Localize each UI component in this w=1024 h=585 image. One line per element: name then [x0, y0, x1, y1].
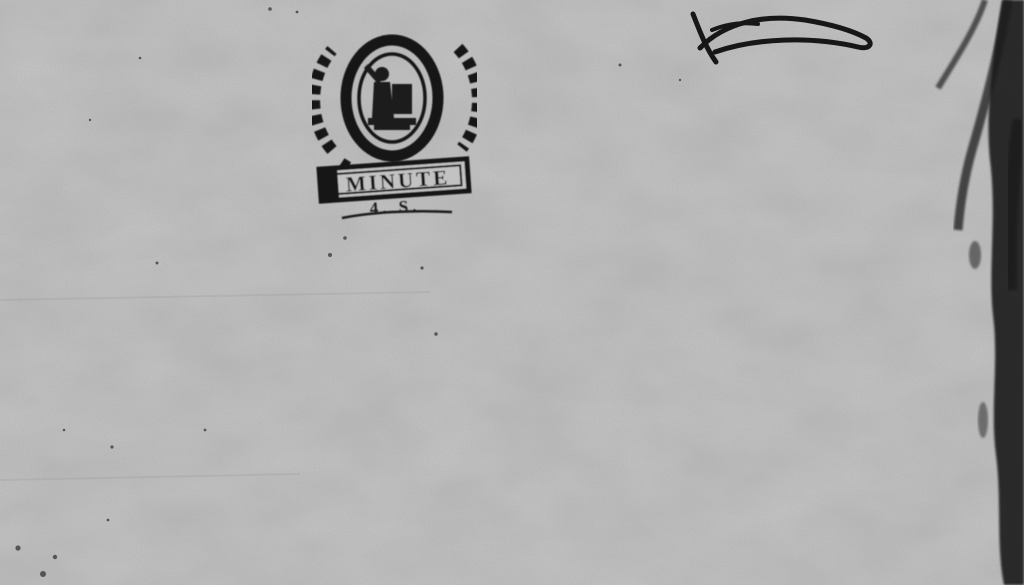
oval-wreath-seal: MINUTE 4. S.: [312, 22, 477, 222]
section-title-naissances: NAISSANCES.: [54, 339, 316, 373]
act-line-2: trois de la Republique françoise une et: [452, 140, 975, 183]
act-line-1: Ce jourdhui quatorze vendemiaire l'an: [500, 99, 1002, 138]
act-line-13: mont jovis cy devans St jovir, a déclaré…: [178, 546, 977, 584]
letterhead-district-line2: DES THERMOPYLES,: [26, 208, 337, 239]
letterhead-rule-top: [24, 258, 316, 271]
letterhead-rule-bottom: [24, 320, 314, 335]
letterhead-district-line1: DISTRICT: [60, 166, 296, 201]
wreath-left: [314, 50, 332, 150]
seal-figure: [364, 64, 416, 130]
act-line-8: maison Commune, antoine durand laboureur: [450, 361, 1024, 402]
minute-banner: MINUTE: [319, 159, 469, 201]
act-line-3: indivisible, a six heures du soir, parde…: [455, 179, 1022, 218]
act-line-7: la Sain, et comparu en la Salle de la: [452, 326, 955, 362]
act-line-5: corps municipal de la Commune des: [452, 252, 932, 294]
letterhead-year: L'AN 3.: [76, 61, 293, 106]
commune-label: Commune d': [26, 285, 137, 309]
spindle-rule-ornament: [50, 128, 295, 158]
wreath-right: [458, 48, 477, 148]
act-line-6: Cotteaux du bon air cy devant St michel: [450, 288, 995, 328]
act-line-9: habitants de la Susdite Commune, lequel: [450, 401, 991, 435]
act-line-10: assisté des Citoyens jean petit agé de t…: [178, 439, 997, 480]
act-line-12: demeurant dans le departement de l'isere…: [160, 507, 980, 554]
commune-name-handwritten: S. Michel LaSain: [131, 268, 421, 314]
seal-sub-label: 4. S.: [369, 196, 421, 218]
ink-flourish-mark: [693, 14, 870, 62]
swash-brace-ornament: [18, 382, 343, 424]
act-line-4: moy antoine durand maire membres du: [450, 218, 969, 254]
